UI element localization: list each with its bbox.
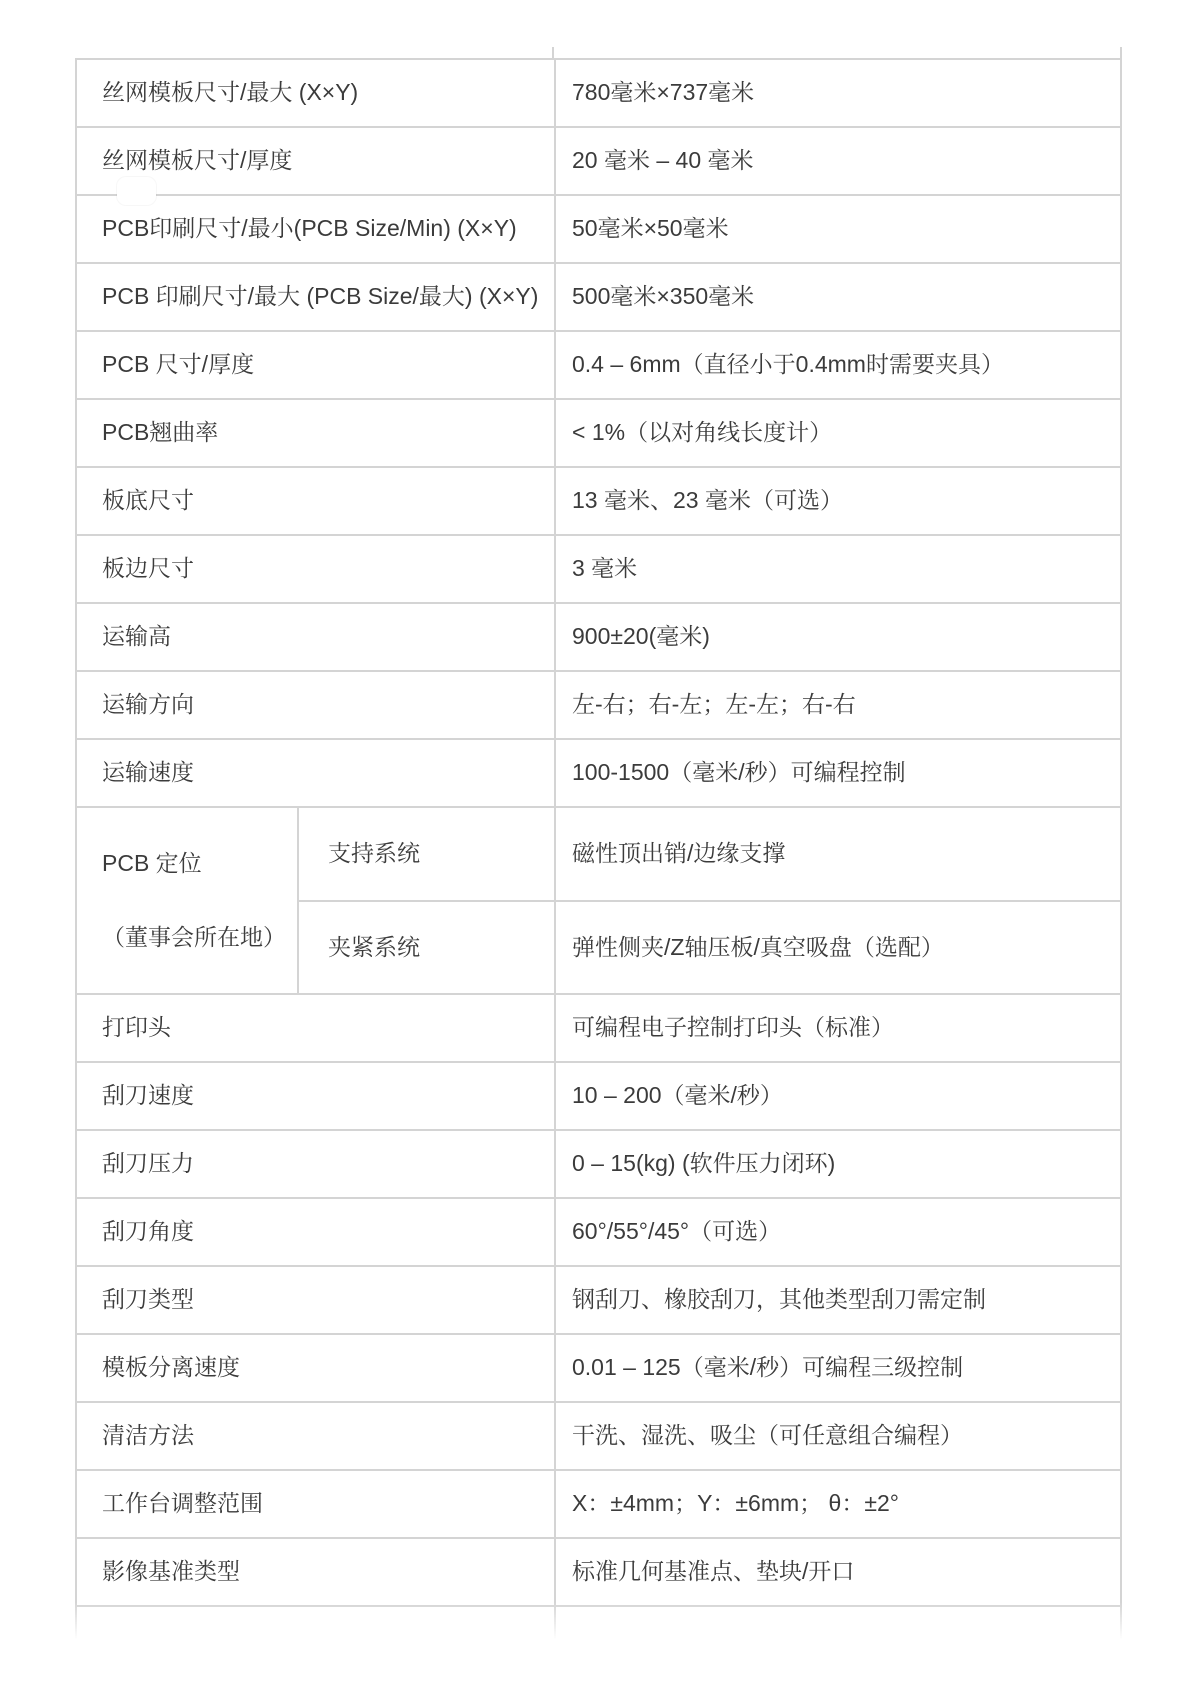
spec-label: 影像基准类型 xyxy=(77,1539,556,1605)
spec-label: PCB翘曲率 xyxy=(77,400,556,466)
table-row: PCB印刷尺寸/最小(PCB Size/Min) (X×Y) 50毫米×50毫米 xyxy=(75,194,1122,262)
spec-label: 刮刀压力 xyxy=(77,1131,556,1197)
table-row: 丝网模板尺寸/最大 (X×Y) 780毫米×737毫米 xyxy=(75,58,1122,126)
table-row: 刮刀类型 钢刮刀、橡胶刮刀，其他类型刮刀需定制 xyxy=(75,1265,1122,1333)
spec-label: 刮刀角度 xyxy=(77,1199,556,1265)
cutoff-cell xyxy=(556,1607,1120,1647)
spec-label: 刮刀速度 xyxy=(77,1063,556,1129)
table-row: 清洁方法 干洗、湿洗、吸尘（可任意组合编程） xyxy=(75,1401,1122,1469)
cutoff-cell xyxy=(75,47,554,58)
spec-label: 板底尺寸 xyxy=(77,468,556,534)
table-row: 刮刀速度 10 – 200（毫米/秒） xyxy=(75,1061,1122,1129)
spec-group-label: PCB 定位 （董事会所在地） xyxy=(77,808,299,993)
spec-value: 20 毫米 – 40 毫米 xyxy=(556,128,1120,194)
spec-table: 丝网模板尺寸/最大 (X×Y) 780毫米×737毫米 丝网模板尺寸/厚度 20… xyxy=(75,47,1122,1647)
spec-label: 运输方向 xyxy=(77,672,556,738)
spec-value: 780毫米×737毫米 xyxy=(556,60,1120,126)
spec-value: 干洗、湿洗、吸尘（可任意组合编程） xyxy=(556,1403,1120,1469)
cutoff-cell xyxy=(77,1607,556,1647)
spec-sublabel: 支持系统 xyxy=(299,808,556,900)
table-subrow: 支持系统 磁性顶出销/边缘支撑 xyxy=(299,808,1120,900)
spec-value: 100-1500（毫米/秒）可编程控制 xyxy=(556,740,1120,806)
spec-value: 0.4 – 6mm（直径小于0.4mm时需要夹具） xyxy=(556,332,1120,398)
spec-label: 运输高 xyxy=(77,604,556,670)
table-subrow: 夹紧系统 弹性侧夹/Z轴压板/真空吸盘（选配） xyxy=(299,900,1120,993)
spec-value: 钢刮刀、橡胶刮刀，其他类型刮刀需定制 xyxy=(556,1267,1120,1333)
cutoff-row-bottom xyxy=(75,1605,1122,1647)
spec-value: 500毫米×350毫米 xyxy=(556,264,1120,330)
table-row: 模板分离速度 0.01 – 125（毫米/秒）可编程三级控制 xyxy=(75,1333,1122,1401)
table-row: 影像基准类型 标准几何基准点、垫块/开口 xyxy=(75,1537,1122,1605)
spec-value: 0.01 – 125（毫米/秒）可编程三级控制 xyxy=(556,1335,1120,1401)
spec-value: 13 毫米、23 毫米（可选） xyxy=(556,468,1120,534)
spec-value: 左-右；右-左；左-左；右-右 xyxy=(556,672,1120,738)
spec-label: PCB印刷尺寸/最小(PCB Size/Min) (X×Y) xyxy=(77,196,556,262)
spec-value: 磁性顶出销/边缘支撑 xyxy=(556,808,1120,900)
spec-value: X：±4mm；Y：±6mm； θ：±2° xyxy=(556,1471,1120,1537)
spec-label: 运输速度 xyxy=(77,740,556,806)
spec-label: 清洁方法 xyxy=(77,1403,556,1469)
spec-sublabel: 夹紧系统 xyxy=(299,902,556,993)
spec-label: 丝网模板尺寸/最大 (X×Y) xyxy=(77,60,556,126)
spec-value: 标准几何基准点、垫块/开口 xyxy=(556,1539,1120,1605)
table-row: 运输方向 左-右；右-左；左-左；右-右 xyxy=(75,670,1122,738)
pcb-positioning-subrows: 支持系统 磁性顶出销/边缘支撑 夹紧系统 弹性侧夹/Z轴压板/真空吸盘（选配） xyxy=(299,808,1120,993)
spec-value: 10 – 200（毫米/秒） xyxy=(556,1063,1120,1129)
table-row: 打印头 可编程电子控制打印头（标准） xyxy=(75,993,1122,1061)
table-row: PCB翘曲率 < 1%（以对角线长度计） xyxy=(75,398,1122,466)
spec-value: 50毫米×50毫米 xyxy=(556,196,1120,262)
spec-value: 弹性侧夹/Z轴压板/真空吸盘（选配） xyxy=(556,902,1120,993)
spec-value: 0 – 15(kg) (软件压力闭环) xyxy=(556,1131,1120,1197)
spec-label: 板边尺寸 xyxy=(77,536,556,602)
spec-value: 900±20(毫米) xyxy=(556,604,1120,670)
group-label-line2: （董事会所在地） xyxy=(102,922,287,953)
table-row: 板底尺寸 13 毫米、23 毫米（可选） xyxy=(75,466,1122,534)
table-row: 刮刀角度 60°/55°/45°（可选） xyxy=(75,1197,1122,1265)
table-row: 板边尺寸 3 毫米 xyxy=(75,534,1122,602)
cutoff-row-top xyxy=(75,47,1122,58)
table-row: 丝网模板尺寸/厚度 20 毫米 – 40 毫米 xyxy=(75,126,1122,194)
spec-label: 工作台调整范围 xyxy=(77,1471,556,1537)
spec-value: 60°/55°/45°（可选） xyxy=(556,1199,1120,1265)
table-row: 工作台调整范围 X：±4mm；Y：±6mm； θ：±2° xyxy=(75,1469,1122,1537)
table-row: PCB 印刷尺寸/最大 (PCB Size/最大) (X×Y) 500毫米×35… xyxy=(75,262,1122,330)
spec-label: 打印头 xyxy=(77,995,556,1061)
spec-label: PCB 尺寸/厚度 xyxy=(77,332,556,398)
group-label-line1: PCB 定位 xyxy=(102,848,287,879)
spec-label: PCB 印刷尺寸/最大 (PCB Size/最大) (X×Y) xyxy=(77,264,556,330)
spec-label: 刮刀类型 xyxy=(77,1267,556,1333)
loading-artifact-blob xyxy=(117,177,156,205)
table-row: PCB 尺寸/厚度 0.4 – 6mm（直径小于0.4mm时需要夹具） xyxy=(75,330,1122,398)
table-row-pcb-positioning: PCB 定位 （董事会所在地） 支持系统 磁性顶出销/边缘支撑 夹紧系统 弹性侧… xyxy=(75,806,1122,993)
table-row: 运输高 900±20(毫米) xyxy=(75,602,1122,670)
cutoff-cell xyxy=(554,47,1120,58)
table-row: 运输速度 100-1500（毫米/秒）可编程控制 xyxy=(75,738,1122,806)
spec-value: 可编程电子控制打印头（标准） xyxy=(556,995,1120,1061)
spec-page: 丝网模板尺寸/最大 (X×Y) 780毫米×737毫米 丝网模板尺寸/厚度 20… xyxy=(0,0,1191,1684)
table-row: 刮刀压力 0 – 15(kg) (软件压力闭环) xyxy=(75,1129,1122,1197)
spec-value: < 1%（以对角线长度计） xyxy=(556,400,1120,466)
spec-value: 3 毫米 xyxy=(556,536,1120,602)
spec-label: 模板分离速度 xyxy=(77,1335,556,1401)
